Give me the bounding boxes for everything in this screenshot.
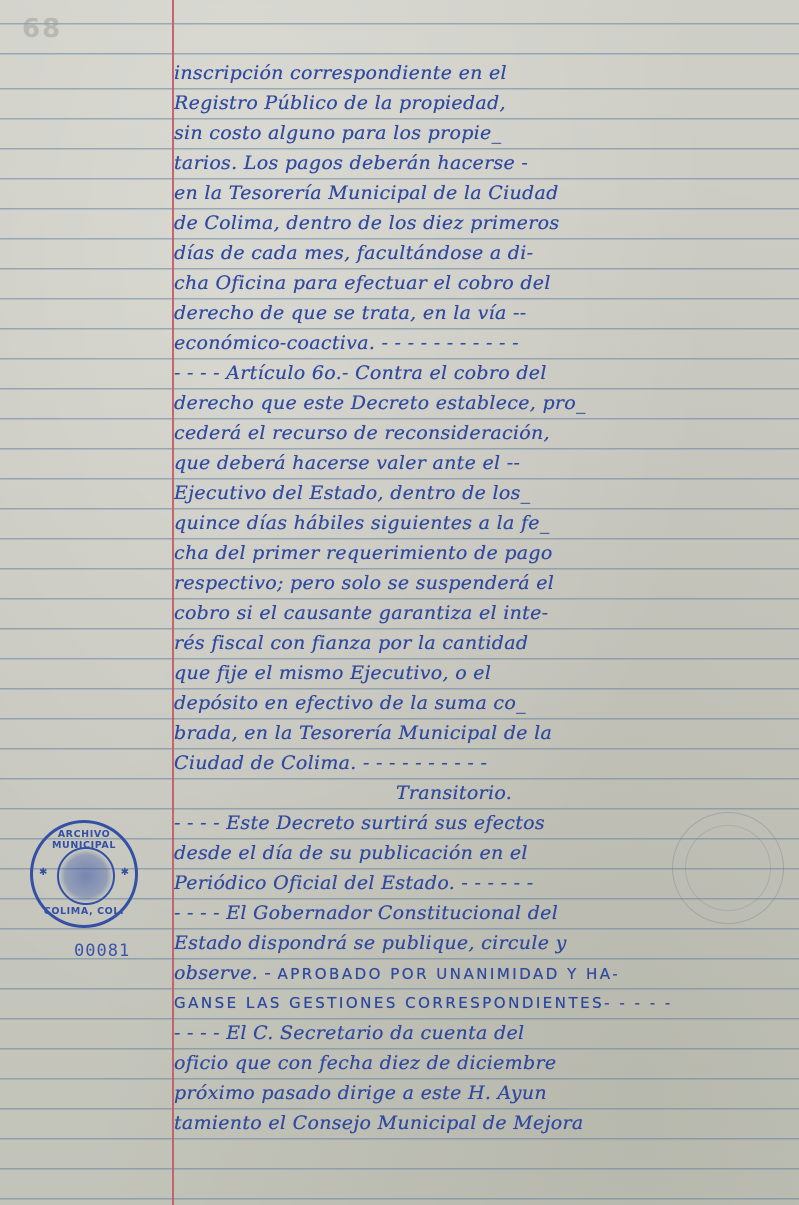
page-number: 68 bbox=[22, 14, 62, 44]
text-line: cederá el recurso de reconsideración, bbox=[174, 418, 794, 448]
text-line: Estado dispondrá se publique, circule y bbox=[174, 928, 794, 958]
archive-stamp: ARCHIVO MUNICIPAL ✱ ✱ COLIMA, COL. bbox=[30, 820, 138, 928]
text-line: Registro Público de la propiedad, bbox=[174, 88, 794, 118]
text-line: tamiento el Consejo Municipal de Mejora bbox=[174, 1108, 794, 1138]
approval-text: APROBADO POR UNANIMIDAD Y HA- bbox=[278, 965, 621, 983]
folio-number: 00081 bbox=[74, 941, 130, 961]
text-line: próximo pasado dirige a este H. Ayun bbox=[174, 1078, 794, 1108]
stamp-bottom-text: COLIMA, COL. bbox=[33, 906, 135, 917]
text-line: GANSE LAS GESTIONES CORRESPONDIENTES- - … bbox=[174, 988, 794, 1018]
text-fragment: observe. - bbox=[174, 962, 278, 984]
text-line: económico-coactiva. - - - - - - - - - - … bbox=[174, 328, 794, 358]
text-line: Ejecutivo del Estado, dentro de los_ bbox=[174, 478, 794, 508]
star-icon: ✱ bbox=[39, 867, 47, 878]
text-line: derecho que este Decreto establece, pro_ bbox=[174, 388, 794, 418]
text-line: de Colima, dentro de los diez primeros bbox=[174, 208, 794, 238]
section-heading: Transitorio. bbox=[174, 778, 794, 808]
text-line: rés fiscal con fianza por la cantidad bbox=[174, 628, 794, 658]
coat-of-arms-icon bbox=[57, 847, 115, 905]
star-icon: ✱ bbox=[121, 867, 129, 878]
faint-seal-icon bbox=[672, 812, 784, 924]
text-line: respectivo; pero solo se suspenderá el bbox=[174, 568, 794, 598]
text-line: sin costo alguno para los propie_ bbox=[174, 118, 794, 148]
text-line: cobro si el causante garantiza el inte- bbox=[174, 598, 794, 628]
text-line: cha Oficina para efectuar el cobro del bbox=[174, 268, 794, 298]
text-line: cha del primer requerimiento de pago bbox=[174, 538, 794, 568]
text-line: que deberá hacerse valer ante el -- bbox=[174, 448, 794, 478]
text-line: depósito en efectivo de la suma co_ bbox=[174, 688, 794, 718]
text-line: derecho de que se trata, en la vía -- bbox=[174, 298, 794, 328]
text-line: quince días hábiles siguientes a la fe_ bbox=[174, 508, 794, 538]
text-line: Ciudad de Colima. - - - - - - - - - - bbox=[174, 748, 794, 778]
text-line: brada, en la Tesorería Municipal de la bbox=[174, 718, 794, 748]
text-line: - - - - Artículo 6o.- Contra el cobro de… bbox=[174, 358, 794, 388]
text-line: oficio que con fecha diez de diciembre bbox=[174, 1048, 794, 1078]
text-line: en la Tesorería Municipal de la Ciudad bbox=[174, 178, 794, 208]
text-line: inscripción correspondiente en el bbox=[174, 58, 794, 88]
text-line: - - - - El C. Secretario da cuenta del bbox=[174, 1018, 794, 1048]
handwritten-text: inscripción correspondiente en elRegistr… bbox=[174, 58, 794, 1138]
text-line: observe. - APROBADO POR UNANIMIDAD Y HA- bbox=[174, 958, 794, 988]
text-line: días de cada mes, facultándose a di- bbox=[174, 238, 794, 268]
text-line: tarios. Los pagos deberán hacerse - bbox=[174, 148, 794, 178]
text-line: que fije el mismo Ejecutivo, o el bbox=[174, 658, 794, 688]
document-page: 68 inscripción correspondiente en elRegi… bbox=[0, 0, 799, 1205]
